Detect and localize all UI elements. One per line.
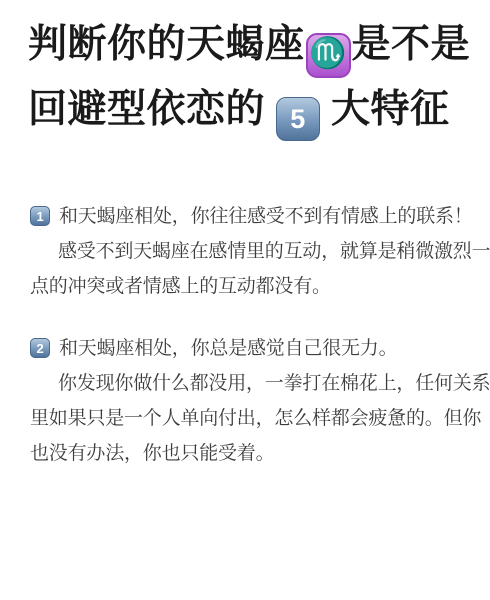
point-1-heading-line: 1 和天蝎座相处，你往往感受不到有情感上的联系！ <box>30 199 470 234</box>
page-title: 判断你的天蝎座♏是不是 回避型依恋的5大特征 <box>0 0 490 142</box>
point-1-line: 点的冲突或者情感上的互动都没有。 <box>30 269 470 304</box>
keycap-1-digit: 1 <box>36 199 43 234</box>
scorpio-emoji: ♏ <box>306 33 351 78</box>
keycap-1-icon: 1 <box>30 206 50 226</box>
point-2-line: 里如果只是一个人单向付出，怎么样都会疲惫的。但你 <box>30 401 470 436</box>
point-2-heading: 和天蝎座相处，你总是感觉自己很无力。 <box>59 331 397 366</box>
keycap-5-digit: 5 <box>290 87 306 151</box>
point-2-line: 你发现你做什么都没用，一拳打在棉花上，任何关系 <box>30 366 470 401</box>
keycap-5-icon: 5 <box>276 97 320 141</box>
title-text-1b: 是不是 <box>352 23 471 66</box>
scorpio-glyph: ♏ <box>309 39 347 69</box>
point-1-heading: 和天蝎座相处，你往往感受不到有情感上的联系！ <box>59 199 473 234</box>
feature-list: 1 和天蝎座相处，你往往感受不到有情感上的联系！ 感受不到天蝎座在感情里的互动，… <box>0 199 490 471</box>
point-2-heading-line: 2 和天蝎座相处，你总是感觉自己很无力。 <box>30 331 470 366</box>
feature-point-1: 1 和天蝎座相处，你往往感受不到有情感上的联系！ 感受不到天蝎座在感情里的互动，… <box>30 199 470 304</box>
zodiac-post-card: 判断你的天蝎座♏是不是 回避型依恋的5大特征 1 和天蝎座相处，你往往感受不到有… <box>0 0 490 600</box>
point-2-line: 也没有办法，你也只能受着。 <box>30 436 470 471</box>
keycap-2-icon: 2 <box>30 338 50 358</box>
title-text-1a: 判断你的天蝎座 <box>28 23 305 66</box>
title-text-2a: 回避型依恋的 <box>28 88 265 131</box>
title-line-1: 判断你的天蝎座♏是不是 <box>28 13 490 78</box>
title-line-2: 回避型依恋的5大特征 <box>28 78 490 142</box>
feature-point-2: 2 和天蝎座相处，你总是感觉自己很无力。 你发现你做什么都没用，一拳打在棉花上，… <box>30 331 470 471</box>
point-1-line: 感受不到天蝎座在感情里的互动，就算是稍微激烈一 <box>30 234 470 269</box>
keycap-2-digit: 2 <box>36 331 43 366</box>
title-text-2b: 大特征 <box>331 88 450 131</box>
